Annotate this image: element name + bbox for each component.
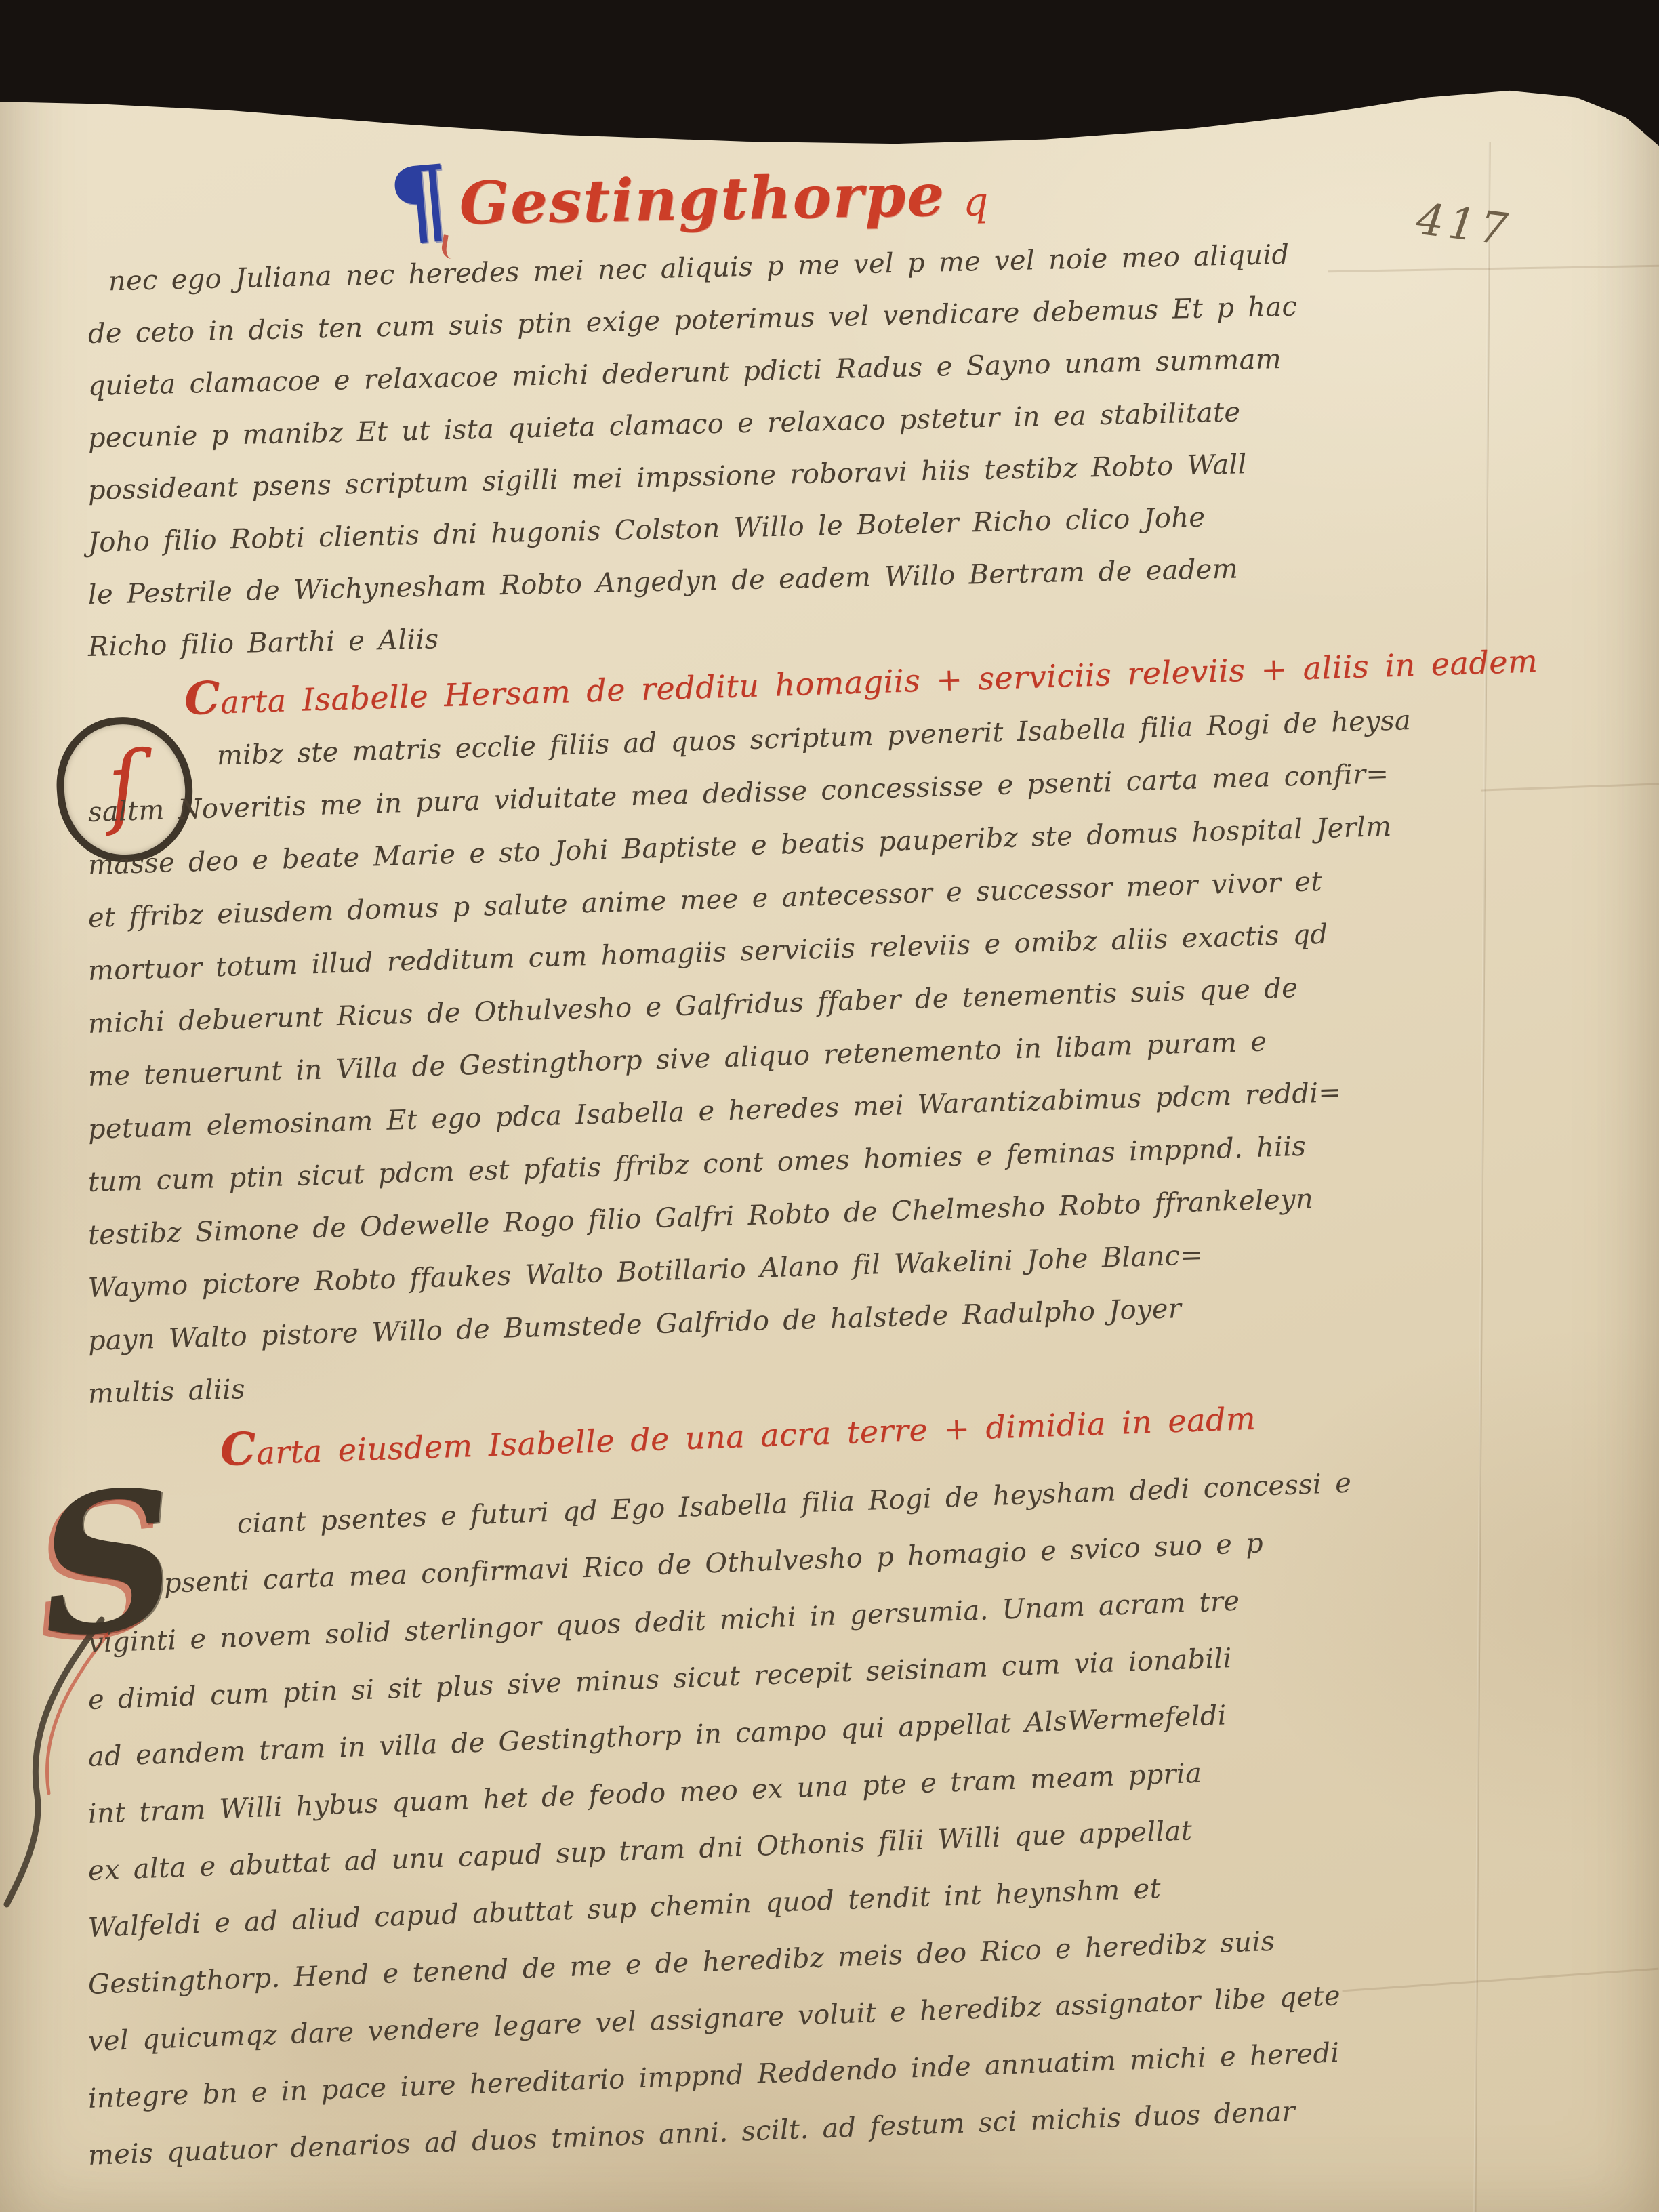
charter-text-block-end: nec ego Juliana nec heredes mei nec aliq… xyxy=(88,256,1362,674)
charter-text-block-terra: ciant psentes e futuri qd Ego Isabella f… xyxy=(88,1501,1362,2184)
heading-title: Gestingthorpe xyxy=(459,155,946,245)
photo-background: { "colors": { "background": "#17120f", "… xyxy=(0,0,1659,2212)
charter-text-block-redditu: mibz ste matris ecclie filiis ad quos sc… xyxy=(88,733,1362,1420)
heading-flourish: q xyxy=(962,154,989,249)
paraph-mark-icon: ¶ xyxy=(386,161,452,241)
